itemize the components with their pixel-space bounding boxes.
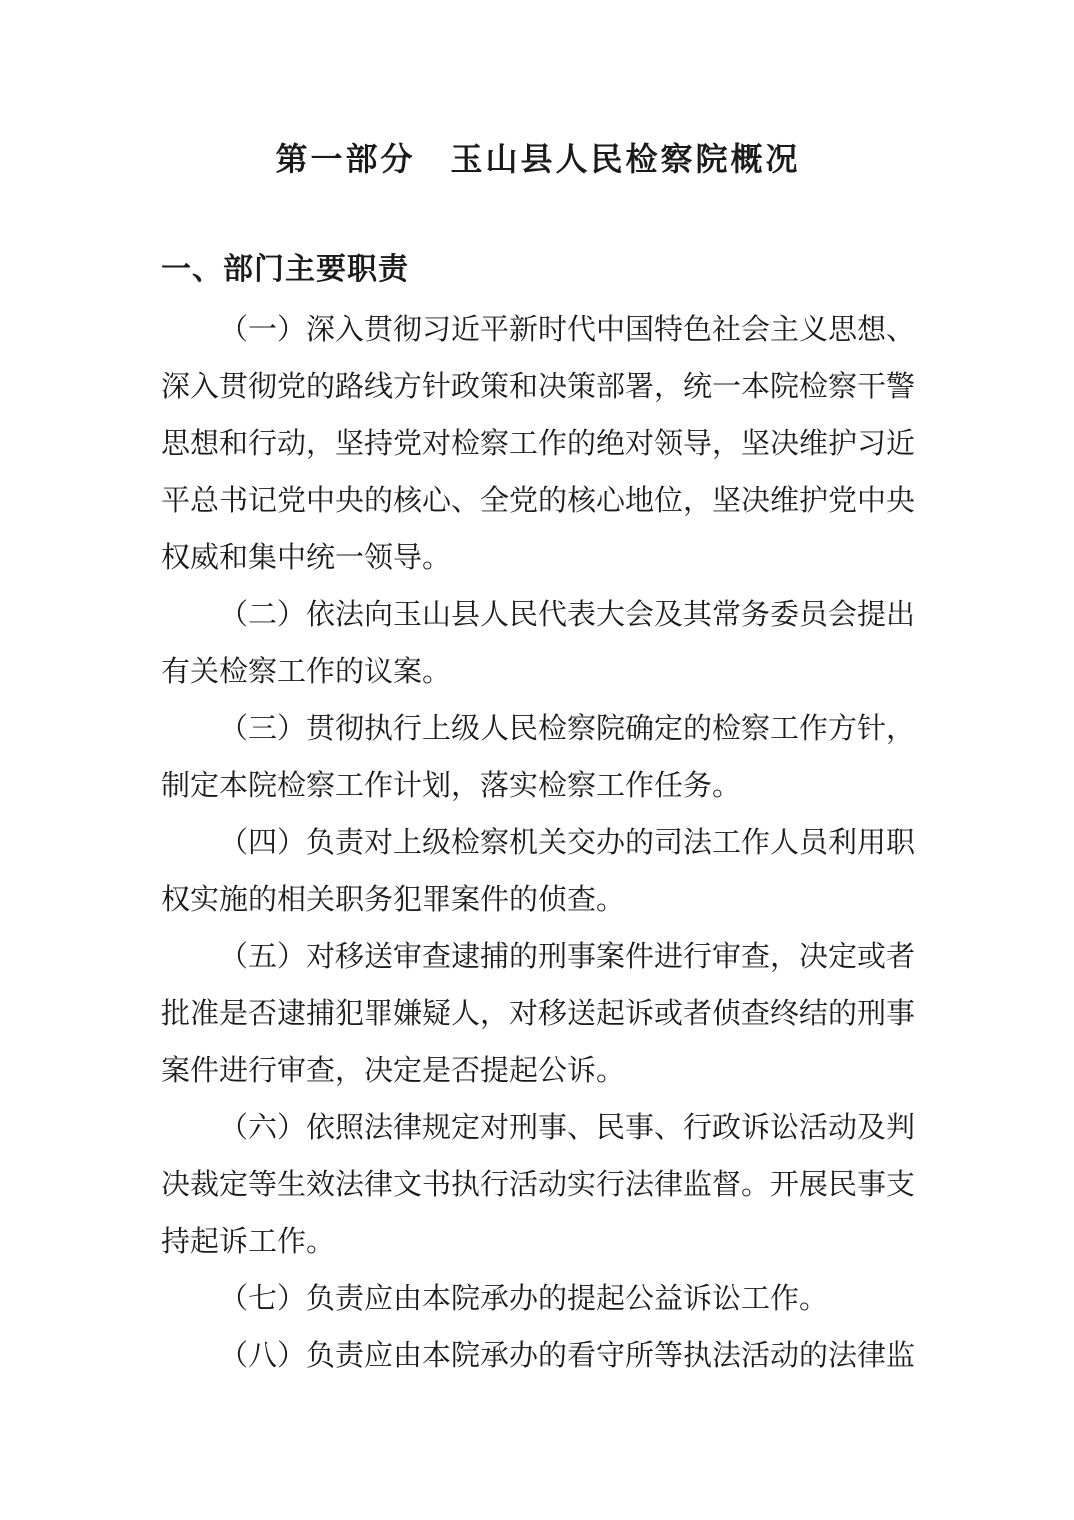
- paragraph-6: （六）依照法律规定对刑事、民事、行政诉讼活动及判决裁定等生效法律文书执行活动实行…: [161, 1100, 915, 1271]
- paragraph-8: （八）负责应由本院承办的看守所等执法活动的法律监: [161, 1328, 915, 1385]
- paragraph-4: （四）负责对上级检察机关交办的司法工作人员利用职权实施的相关职务犯罪案件的侦查。: [161, 815, 915, 929]
- section-heading: 一、部门主要职责: [161, 250, 915, 290]
- paragraph-7: （七）负责应由本院承办的提起公益诉讼工作。: [161, 1271, 915, 1328]
- paragraph-5: （五）对移送审查逮捕的刑事案件进行审查，决定或者批准是否逮捕犯罪嫌疑人，对移送起…: [161, 929, 915, 1100]
- document-page: 第一部分 玉山县人民检察院概况 一、部门主要职责 （一）深入贯彻习近平新时代中国…: [0, 0, 1074, 1520]
- paragraph-3: （三）贯彻执行上级人民检察院确定的检察工作方针，制定本院检察工作计划，落实检察工…: [161, 701, 915, 815]
- paragraph-2: （二）依法向玉山县人民代表大会及其常务委员会提出有关检察工作的议案。: [161, 587, 915, 701]
- page-title: 第一部分 玉山县人民检察院概况: [161, 137, 915, 181]
- section-body: （一）深入贯彻习近平新时代中国特色社会主义思想、深入贯彻党的路线方针政策和决策部…: [161, 302, 915, 1385]
- paragraph-1: （一）深入贯彻习近平新时代中国特色社会主义思想、深入贯彻党的路线方针政策和决策部…: [161, 302, 915, 587]
